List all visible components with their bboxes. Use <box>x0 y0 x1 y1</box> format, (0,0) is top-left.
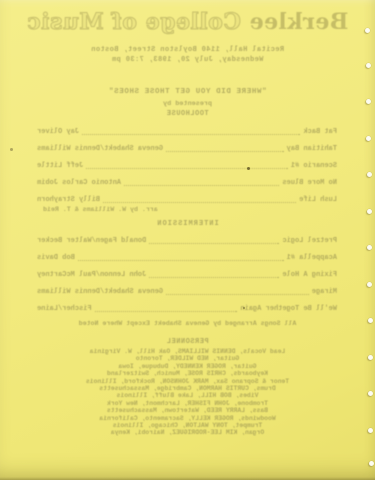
personnel-line: Organ, KIM LEE-RODRIGUEZ, Nairobi, Kenya <box>0 429 375 436</box>
song-credit: Fischer/Laine <box>37 305 92 313</box>
binder-hole <box>368 355 373 360</box>
program-row: We'll Be Together Again Fischer/Laine <box>37 305 337 313</box>
song-title: Fixing A Hole <box>282 271 337 279</box>
presented-by-label: presented by <box>0 100 375 108</box>
dotted-leader <box>149 277 279 278</box>
song-credit: Jeff Little <box>37 162 83 170</box>
scan-speck <box>243 307 245 309</box>
berklee-logo: Berklee College of Music <box>0 9 375 35</box>
program-row: Fat Back Jay Oliver <box>37 128 337 136</box>
song-title: We'll Be Together Again <box>240 305 337 313</box>
date-line: Wednesday, July 20, 1983, 7:30 pm <box>0 56 375 64</box>
personnel-heading: PERSONNEL <box>0 338 375 346</box>
program-row: Scenario #1 Jeff Little <box>37 162 337 170</box>
dotted-leader <box>124 185 279 186</box>
logo-word-berklee: Berklee <box>249 9 348 35</box>
personnel-line: Drums, CURTIS HARMON, Cambridge, Massach… <box>0 385 375 392</box>
binder-hole <box>366 99 371 104</box>
song-title: Scenario #1 <box>291 162 337 170</box>
dotted-leader <box>166 294 309 295</box>
program-second-half: Pretzel Logic Donald Fagen/Walter Becker… <box>37 237 337 322</box>
program-row: Lush Life Billy Strayhorn <box>37 196 337 204</box>
showthrough-mirrored-text: Berklee College of Music Recital Hall, 1… <box>0 0 375 480</box>
personnel-line: Trombone, JOHN FISHER, Larchmont, New Yo… <box>0 400 375 407</box>
scan-speck <box>247 167 250 170</box>
song-credit: Bob Davis <box>37 254 75 262</box>
personnel-line: Keyboards, CHRIS ROSE, Munich, Switzerla… <box>0 370 375 377</box>
binder-hole <box>367 209 372 214</box>
program-row: No More Blues Antonio Carlos Jobim <box>37 179 337 187</box>
personnel-line: Guitar, ROGER KENNEDY, Dubuque, Iowa <box>0 363 375 370</box>
program-row: Mirage Geneva Shabekt/Dennis Williams <box>37 288 337 296</box>
binder-hole <box>366 136 371 141</box>
song-credit: Geneva Shabekt/Dennis Williams <box>37 145 163 153</box>
binder-hole <box>366 63 371 68</box>
binder-hole <box>368 428 373 433</box>
program-row: Pretzel Logic Donald Fagen/Walter Becker <box>37 237 337 245</box>
song-title: Mirage <box>312 288 337 296</box>
song-credit: Billy Strayhorn <box>37 196 100 204</box>
scanned-program-page: Berklee College of Music Recital Hall, 1… <box>0 0 375 480</box>
song-credit: John Lennon/Paul McCartney <box>37 271 146 279</box>
song-title: Tahitian Bay <box>287 145 337 153</box>
dotted-leader <box>103 202 296 203</box>
song-title: Fat Back <box>303 128 337 136</box>
dotted-leader <box>86 168 288 169</box>
binder-hole <box>365 28 370 33</box>
arranger-credit: All Songs Arranged by Geneva Shabekt Exc… <box>0 320 375 327</box>
dotted-leader <box>82 134 300 135</box>
binder-hole <box>367 282 372 287</box>
personnel-line: Guitar, NED WILDER, Toronto <box>0 355 375 362</box>
binder-hole <box>369 461 374 466</box>
personnel-line: Vibes, BOB HILL, Lake Bluff, Illinois <box>0 392 375 399</box>
program-row: Tahitian Bay Geneva Shabekt/Dennis Willi… <box>37 145 337 153</box>
song-credit: Antonio Carlos Jobim <box>37 179 121 187</box>
program-row: Acappella #1 Bob Davis <box>37 254 337 262</box>
binder-hole <box>367 172 372 177</box>
personnel-line: Lead Vocals, DENNIS WILLIAMS, Oak Hill, … <box>0 348 375 355</box>
dotted-leader <box>166 151 284 152</box>
song-title: Lush Life <box>299 196 337 204</box>
personnel-line: Trumpet, TONY WALTON, Chicago, Illinois <box>0 422 375 429</box>
song-credit: Geneva Shabekt/Dennis Williams <box>37 288 163 296</box>
program-first-half: Fat Back Jay Oliver Tahitian Bay Geneva … <box>37 128 337 213</box>
song-title: Pretzel Logic <box>282 237 337 245</box>
song-title: No More Blues <box>282 179 337 187</box>
arrangement-note: arr. by W. Williams & T. Reid <box>37 206 337 213</box>
dotted-leader <box>95 311 238 312</box>
personnel-block: PERSONNEL Lead Vocals, DENNIS WILLIAMS, … <box>0 338 375 437</box>
dotted-leader <box>78 260 284 261</box>
binder-hole <box>368 318 373 323</box>
dotted-leader <box>149 243 279 244</box>
scan-speck <box>10 148 13 151</box>
show-title: "WHERE DID YOU GET THOSE SHOES" <box>0 88 375 96</box>
program-row: Fixing A Hole John Lennon/Paul McCartney <box>37 271 337 279</box>
group-name: TOOLHOUSE <box>0 110 375 118</box>
song-credit: Jay Oliver <box>37 128 79 136</box>
song-credit: Donald Fagen/Walter Becker <box>37 237 146 245</box>
binder-hole <box>368 391 373 396</box>
personnel-line: Woodwinds, ROGER KELLY, Sacramento, Cali… <box>0 415 375 422</box>
song-title: Acappella #1 <box>287 254 337 262</box>
personnel-line: Tenor & Soprano Sax, MARK JOHNSON, Rockf… <box>0 378 375 385</box>
binder-hole <box>367 245 372 250</box>
intermission-label: INTERMISSION <box>0 220 375 228</box>
logo-words-college-of-music: College of Music <box>27 9 249 35</box>
venue-line: Recital Hall, 1140 Boylston Street, Bost… <box>0 46 375 54</box>
personnel-line: Bass, LARRY REED, Watertown, Massachuset… <box>0 407 375 414</box>
